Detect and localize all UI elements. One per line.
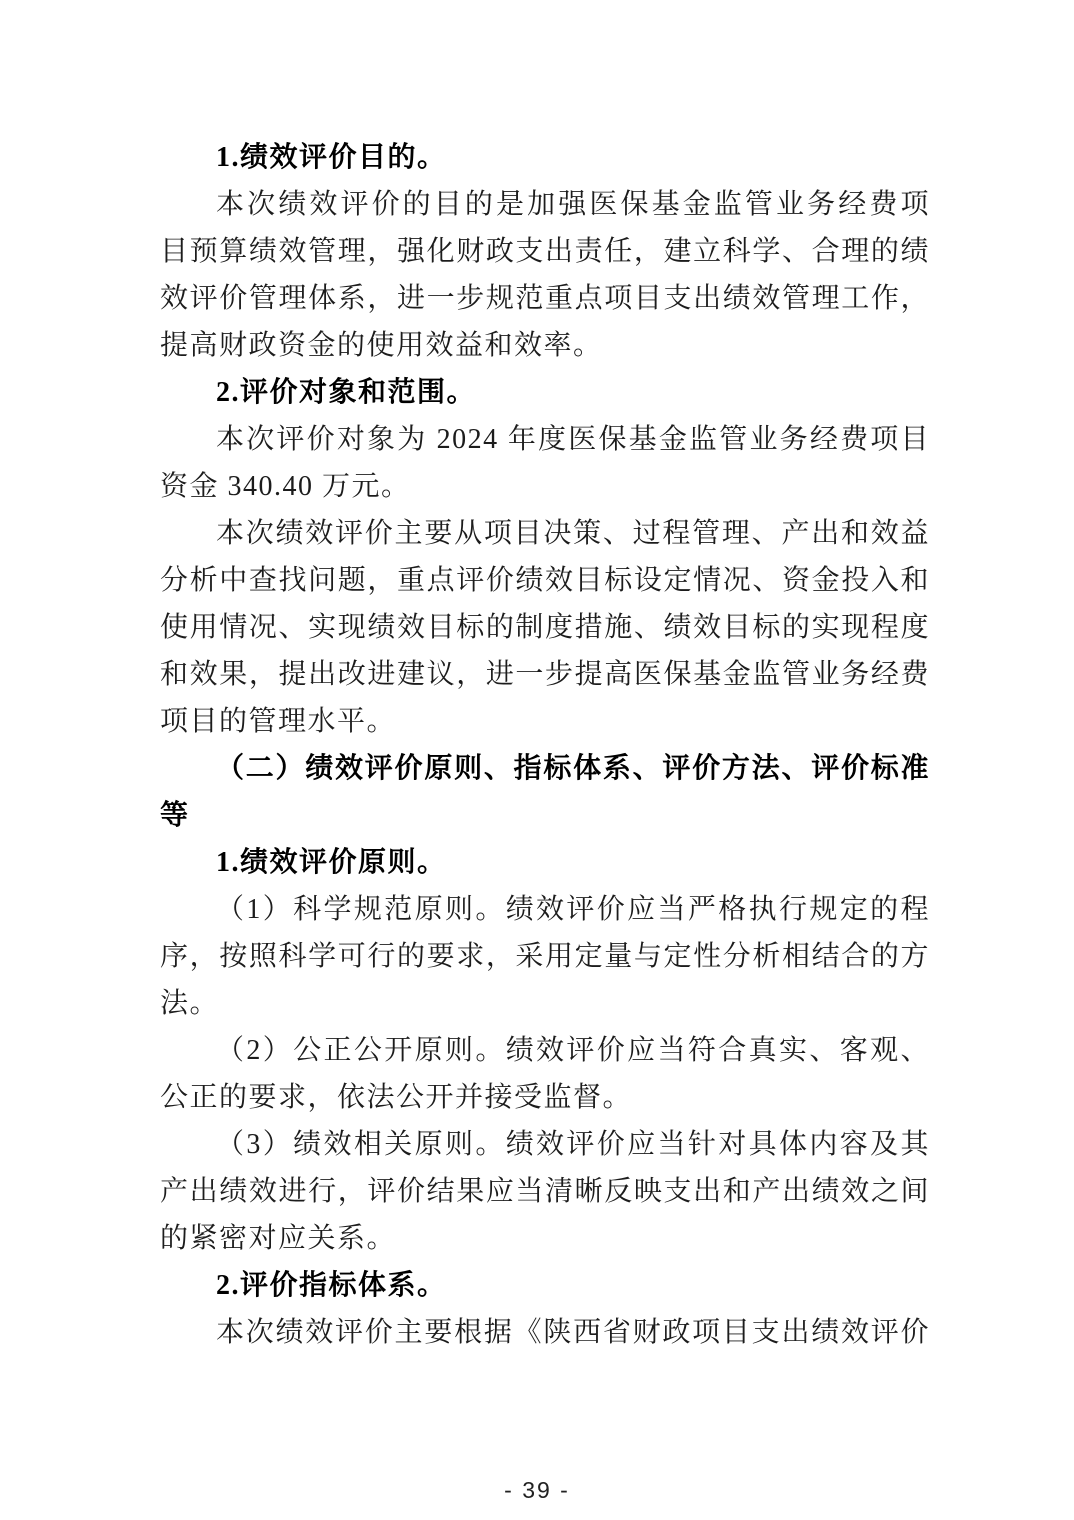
paragraph-line: 和效果，提出改进建议，进一步提高医保基金监管业务经费 — [160, 651, 930, 698]
paragraph-line: 产出绩效进行，评价结果应当清晰反映支出和产出绩效之间 — [160, 1168, 930, 1215]
paragraph-line: 使用情况、实现绩效目标的制度措施、绩效目标的实现程度 — [160, 604, 930, 651]
paragraph-line: 项目的管理水平。 — [160, 698, 930, 745]
paragraph-line: 序，按照科学可行的要求，采用定量与定性分析相结合的方 — [160, 933, 930, 980]
heading-1-evaluation-principles: 1.绩效评价原则。 — [160, 839, 930, 886]
heading-2-evaluation-scope: 2.评价对象和范围。 — [160, 369, 930, 416]
heading-2-indicator-system: 2.评价指标体系。 — [160, 1262, 930, 1309]
paragraph-line: （1）科学规范原则。绩效评价应当严格执行规定的程 — [160, 886, 930, 933]
paragraph-line: 法。 — [160, 980, 930, 1027]
heading-section-two-principles-cont: 等 — [160, 792, 930, 839]
paragraph-line: 本次绩效评价主要根据《陕西省财政项目支出绩效评价 — [160, 1309, 930, 1356]
paragraph-line: 资金 340.40 万元。 — [160, 463, 930, 510]
paragraph-line: 本次评价对象为 2024 年度医保基金监管业务经费项目 — [160, 416, 930, 463]
paragraph-line: 效评价管理体系，进一步规范重点项目支出绩效管理工作， — [160, 275, 930, 322]
paragraph-line: 分析中查找问题，重点评价绩效目标设定情况、资金投入和 — [160, 557, 930, 604]
text-column: 1.绩效评价目的。 本次绩效评价的目的是加强医保基金监管业务经费项 目预算绩效管… — [160, 134, 930, 1356]
page-number: - 39 - — [0, 1477, 1074, 1504]
heading-section-two-principles: （二）绩效评价原则、指标体系、评价方法、评价标准 — [160, 745, 930, 792]
paragraph-line: 本次绩效评价的目的是加强医保基金监管业务经费项 — [160, 181, 930, 228]
paragraph-line: 提高财政资金的使用效益和效率。 — [160, 322, 930, 369]
paragraph-line: 本次绩效评价主要从项目决策、过程管理、产出和效益 — [160, 510, 930, 557]
paragraph-line: （3）绩效相关原则。绩效评价应当针对具体内容及其 — [160, 1121, 930, 1168]
paragraph-line: （2）公正公开原则。绩效评价应当符合真实、客观、 — [160, 1027, 930, 1074]
paragraph-line: 的紧密对应关系。 — [160, 1215, 930, 1262]
paragraph-line: 公正的要求，依法公开并接受监督。 — [160, 1074, 930, 1121]
document-page: 1.绩效评价目的。 本次绩效评价的目的是加强医保基金监管业务经费项 目预算绩效管… — [0, 0, 1074, 1520]
heading-1-evaluation-purpose: 1.绩效评价目的。 — [160, 134, 930, 181]
paragraph-line: 目预算绩效管理，强化财政支出责任，建立科学、合理的绩 — [160, 228, 930, 275]
